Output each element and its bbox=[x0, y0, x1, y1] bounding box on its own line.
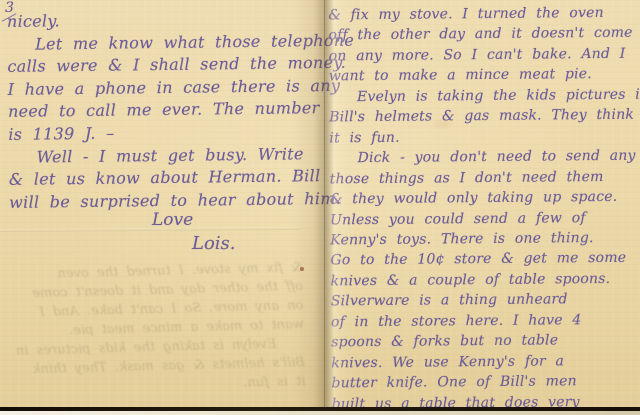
handwritten-line: of in the stores here. I have 4 bbox=[331, 309, 640, 332]
handwritten-line: spoons & forks but no table bbox=[331, 330, 640, 353]
handwritten-line: those things as I don't need them bbox=[330, 166, 640, 189]
handwritten-line: Bill's helmets & gas mask. They think bbox=[329, 105, 639, 128]
horizontal-crease bbox=[0, 227, 300, 232]
signature: Lois. bbox=[192, 233, 236, 254]
handwritten-line: & they would only taking up space. bbox=[330, 187, 640, 210]
closing-word: Love bbox=[152, 210, 193, 230]
handwritten-line: want to make a mince meat pie. bbox=[329, 64, 639, 87]
photo-bottom-light-edge bbox=[0, 411, 640, 415]
handwritten-line: knives. We use Kenny's for a bbox=[331, 350, 640, 373]
handwritten-line: built us a table that does very bbox=[332, 391, 640, 407]
handwritten-line: off the other day and it doesn't come bbox=[328, 23, 638, 46]
handwritten-line: Unless you could send a few of bbox=[330, 207, 640, 230]
left-page-text: nicely.Let me know what those telephonec… bbox=[7, 7, 321, 214]
handwritten-line: butter knife. One of Bill's men bbox=[331, 371, 640, 394]
handwritten-line: Go to the 10¢ store & get me some bbox=[330, 248, 640, 271]
handwritten-line: it is fun. bbox=[329, 125, 639, 148]
right-page-text: & fix my stove. I turned the ovenoff the… bbox=[328, 3, 640, 407]
letter-photo: 3 nicely.Let me know what those telephon… bbox=[0, 0, 640, 415]
handwritten-line: Kenny's toys. There is one thing. bbox=[330, 228, 640, 251]
handwritten-line: Dick - you don't need to send any of bbox=[329, 146, 639, 169]
handwritten-line: & fix my stove. I turned the oven bbox=[328, 3, 638, 26]
handwritten-line: need to call me ever. The number bbox=[8, 97, 320, 123]
ink-bleed-ghost-text: & fix my stove. I turned the ovenoff the… bbox=[0, 258, 306, 404]
handwritten-line: Evelyn is taking the kids pictures in bbox=[329, 84, 639, 107]
handwritten-line: knives & a couple of table spoons. bbox=[331, 269, 640, 292]
letter-paper: 3 nicely.Let me know what those telephon… bbox=[0, 0, 640, 407]
handwritten-line: on any more. So I can't bake. And I bbox=[329, 44, 639, 67]
handwritten-line: Silverware is a thing unheard bbox=[331, 289, 640, 312]
